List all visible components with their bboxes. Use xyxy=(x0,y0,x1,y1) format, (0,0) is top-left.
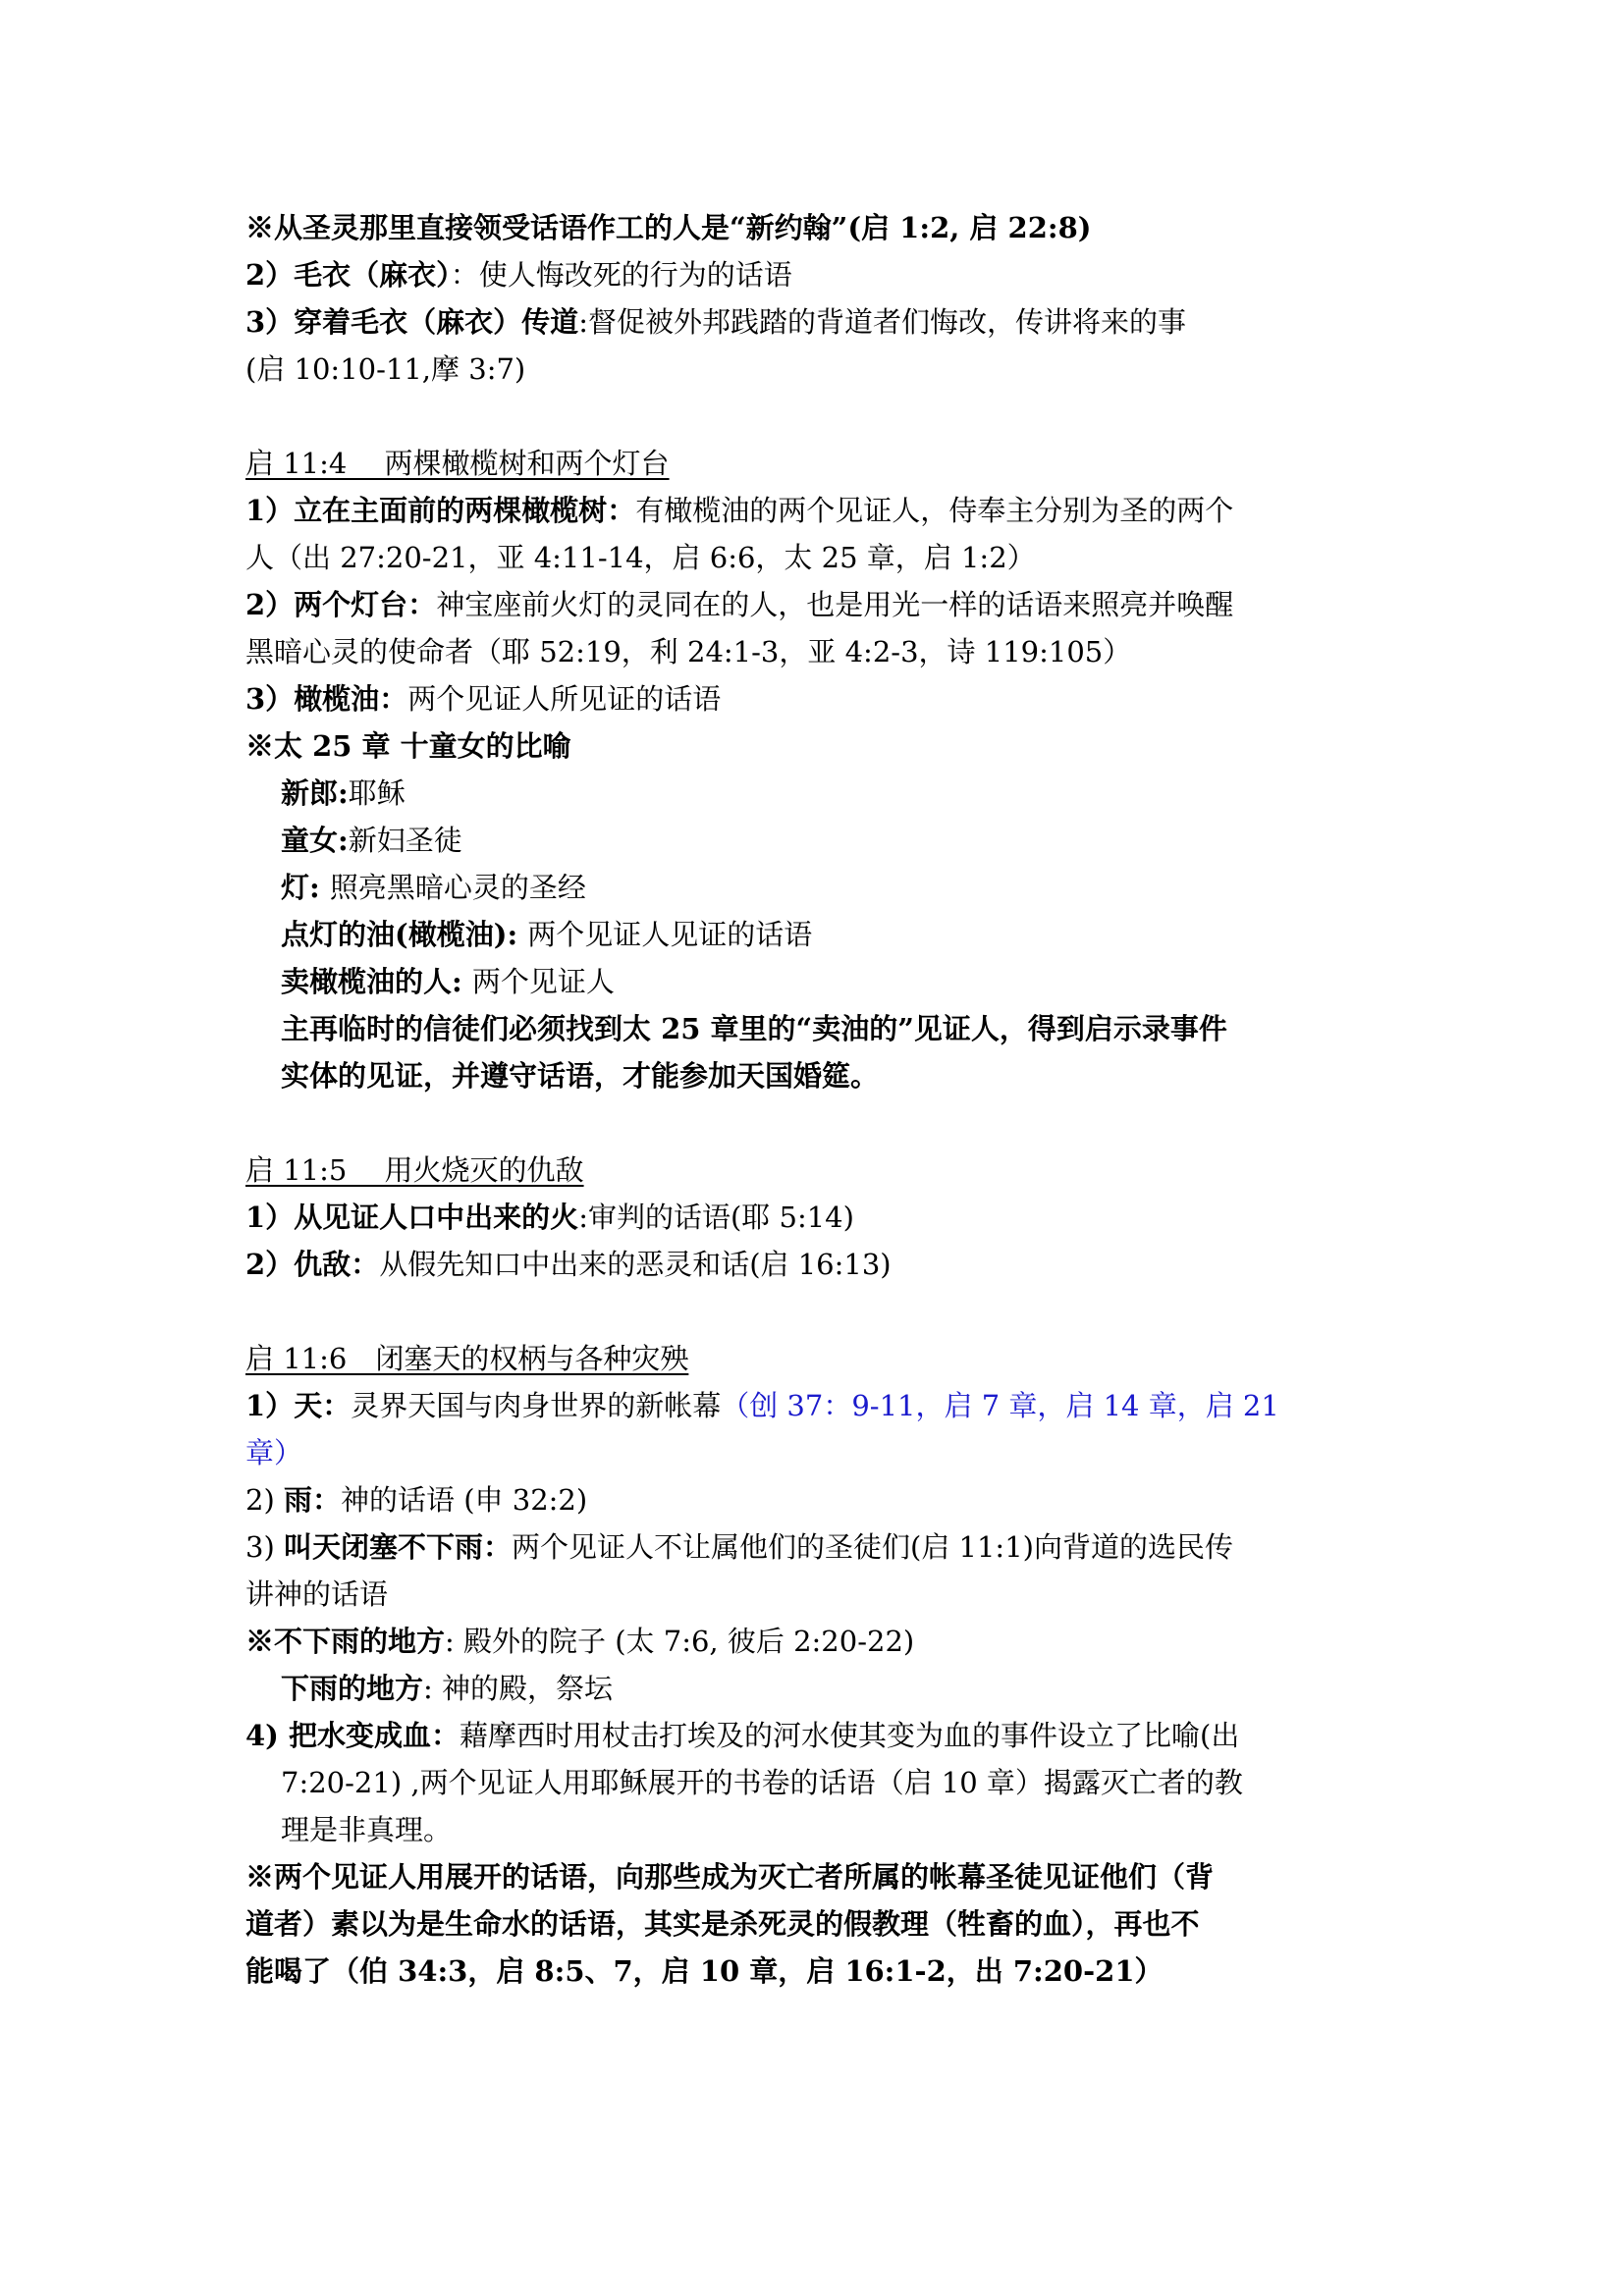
item-number: 2) xyxy=(245,1483,284,1517)
item-label: 雨： xyxy=(284,1483,341,1517)
parable-label: 新郎: xyxy=(281,776,349,810)
section-heading-11-5: 启 11:5 用火烧灭的仇敌 xyxy=(245,1147,1394,1194)
item-label: 1）立在主面前的两棵橄榄树： xyxy=(245,494,635,527)
parable-text: 新妇圣徒 xyxy=(349,824,462,857)
new-john-note: ※从圣灵那里直接领受话语作工的人是“新约翰”(启 1:2, 启 22:8) xyxy=(245,204,1394,251)
item-label: 1）从见证人口中出来的火 xyxy=(245,1201,578,1234)
section-11-4-item-2: 2）两个灯台：神宝座前火灯的灵同在的人，也是用光一样的话语来照亮并唤醒 xyxy=(245,581,1394,628)
section-11-5-item-1: 1）从见证人口中出来的火:审判的话语(耶 5:14) xyxy=(245,1194,1394,1241)
final-note-line-1: ※两个见证人用展开的话语，向那些成为灭亡者所属的帐幕圣徒见证他们（背 xyxy=(245,1853,1394,1900)
item-text: 两个见证人所见证的话语 xyxy=(407,682,721,716)
document-page: ※从圣灵那里直接领受话语作工的人是“新约翰”(启 1:2, 启 22:8) 2）… xyxy=(245,204,1394,1995)
section-heading-11-6: 启 11:6 闭塞天的权柄与各种灾殃 xyxy=(245,1335,1394,1382)
item-text: :督促被外邦践踏的背道者们悔改，传讲将来的事 xyxy=(578,305,1186,339)
item-text: :审判的话语(耶 5:14) xyxy=(578,1201,854,1234)
parable-item-virgins: 童女:新妇圣徒 xyxy=(245,817,1394,864)
section-11-4-item-3: 3）橄榄油：两个见证人所见证的话语 xyxy=(245,675,1394,722)
parable-label: 灯: xyxy=(281,871,330,904)
item-text: 神的话语 (申 32:2) xyxy=(341,1483,587,1517)
parable-item-oil-seller: 卖橄榄油的人: 两个见证人 xyxy=(245,958,1394,1005)
item-label: 2）毛衣（麻衣） xyxy=(245,258,451,292)
scripture-reference: （创 37：9-11，启 7 章，启 14 章，启 21 xyxy=(721,1389,1279,1422)
item-number: 3) xyxy=(245,1530,284,1564)
item-text: 有橄榄油的两个见证人，侍奉主分别为圣的两个 xyxy=(635,494,1233,527)
section-11-6-item-3-cont: 讲神的话语 xyxy=(245,1571,1394,1618)
item-text: 藉摩西时用杖击打埃及的河水使其变为血的事件设立了比喻(出 xyxy=(460,1719,1239,1752)
parable-text: 两个见证人见证的话语 xyxy=(527,918,812,951)
item-text: 从假先知口中出来的恶灵和话(启 16:13) xyxy=(379,1248,891,1281)
item-text: : 神的殿，祭坛 xyxy=(423,1672,613,1705)
item-label: 3）橄榄油： xyxy=(245,682,407,716)
intro-item-3-ref: (启 10:10-11,摩 3:7) xyxy=(245,346,1394,393)
parable-text: 耶稣 xyxy=(349,776,406,810)
item-label: 下雨的地方 xyxy=(281,1672,423,1705)
parable-title: ※太 25 章 十童女的比喻 xyxy=(245,722,1394,770)
intro-item-2: 2）毛衣（麻衣）：使人悔改死的行为的话语 xyxy=(245,251,1394,298)
parable-label: 点灯的油(橄榄油): xyxy=(281,918,527,951)
item-text: : 殿外的院子 (太 7:6, 彼后 2:20-22) xyxy=(445,1625,914,1658)
scripture-reference-cont: 章） xyxy=(245,1429,1394,1476)
rain-place: 下雨的地方: 神的殿，祭坛 xyxy=(245,1665,1394,1712)
parable-text: 两个见证人 xyxy=(472,965,615,998)
parable-label: 童女: xyxy=(281,824,349,857)
spacer xyxy=(245,393,1394,440)
item-label: 4) 把水变成血： xyxy=(245,1719,460,1752)
section-11-4-item-1-cont: 人（出 27:20-21，亚 4:11-14，启 6:6，太 25 章，启 1:… xyxy=(245,534,1394,581)
parable-conclusion-line-1: 主再临时的信徒们必须找到太 25 章里的“卖油的”见证人，得到启示录事件 xyxy=(245,1005,1394,1052)
section-11-6-item-4-cont-1: 7:20-21) ,两个见证人用耶稣展开的书卷的话语（启 10 章）揭露灭亡者的… xyxy=(245,1759,1394,1806)
item-text: 神宝座前火灯的灵同在的人，也是用光一样的话语来照亮并唤醒 xyxy=(436,588,1233,621)
section-11-5-item-2: 2）仇敌：从假先知口中出来的恶灵和话(启 16:13) xyxy=(245,1241,1394,1288)
section-11-6-item-3: 3) 叫天闭塞不下雨：两个见证人不让属他们的圣徒们(启 11:1)向背道的选民传 xyxy=(245,1523,1394,1571)
section-11-6-item-4-cont-2: 理是非真理。 xyxy=(245,1806,1394,1853)
section-11-4-item-1: 1）立在主面前的两棵橄榄树：有橄榄油的两个见证人，侍奉主分别为圣的两个 xyxy=(245,487,1394,534)
final-note-line-3: 能喝了（伯 34:3，启 8:5、7，启 10 章，启 16:1-2，出 7:2… xyxy=(245,1948,1394,1995)
item-label: 叫天闭塞不下雨： xyxy=(284,1530,512,1564)
parable-item-lamp: 灯: 照亮黑暗心灵的圣经 xyxy=(245,864,1394,911)
item-text: ：使人悔改死的行为的话语 xyxy=(451,258,792,292)
section-11-6-item-2: 2) 雨：神的话语 (申 32:2) xyxy=(245,1476,1394,1523)
parable-label: 卖橄榄油的人: xyxy=(281,965,472,998)
section-11-6-item-4: 4) 把水变成血：藉摩西时用杖击打埃及的河水使其变为血的事件设立了比喻(出 xyxy=(245,1712,1394,1759)
section-heading-11-4: 启 11:4 两棵橄榄树和两个灯台 xyxy=(245,440,1394,487)
item-label: ※不下雨的地方 xyxy=(245,1625,445,1658)
spacer xyxy=(245,1288,1394,1335)
parable-conclusion-line-2: 实体的见证，并遵守话语，才能参加天国婚筵。 xyxy=(245,1052,1394,1099)
item-text: 两个见证人不让属他们的圣徒们(启 11:1)向背道的选民传 xyxy=(512,1530,1233,1564)
item-label: 天： xyxy=(294,1389,351,1422)
item-label: 2）两个灯台： xyxy=(245,588,436,621)
no-rain-place: ※不下雨的地方: 殿外的院子 (太 7:6, 彼后 2:20-22) xyxy=(245,1618,1394,1665)
spacer xyxy=(245,1099,1394,1147)
section-11-6-item-1: 1）天：灵界天国与肉身世界的新帐幕（创 37：9-11，启 7 章，启 14 章… xyxy=(245,1382,1394,1429)
final-note-line-2: 道者）素以为是生命水的话语，其实是杀死灵的假教理（牲畜的血），再也不 xyxy=(245,1900,1394,1948)
section-11-4-item-2-cont: 黑暗心灵的使命者（耶 52:19，利 24:1-3，亚 4:2-3，诗 119:… xyxy=(245,628,1394,675)
parable-item-oil: 点灯的油(橄榄油): 两个见证人见证的话语 xyxy=(245,911,1394,958)
parable-item-groom: 新郎:耶稣 xyxy=(245,770,1394,817)
parable-text: 照亮黑暗心灵的圣经 xyxy=(330,871,586,904)
item-label: 2）仇敌： xyxy=(245,1248,379,1281)
intro-item-3: 3）穿着毛衣（麻衣）传道:督促被外邦践踏的背道者们悔改，传讲将来的事 xyxy=(245,298,1394,346)
item-text: 灵界天国与肉身世界的新帐幕 xyxy=(351,1389,721,1422)
item-label: 3）穿着毛衣（麻衣）传道 xyxy=(245,305,578,339)
item-number: 1） xyxy=(245,1389,294,1422)
